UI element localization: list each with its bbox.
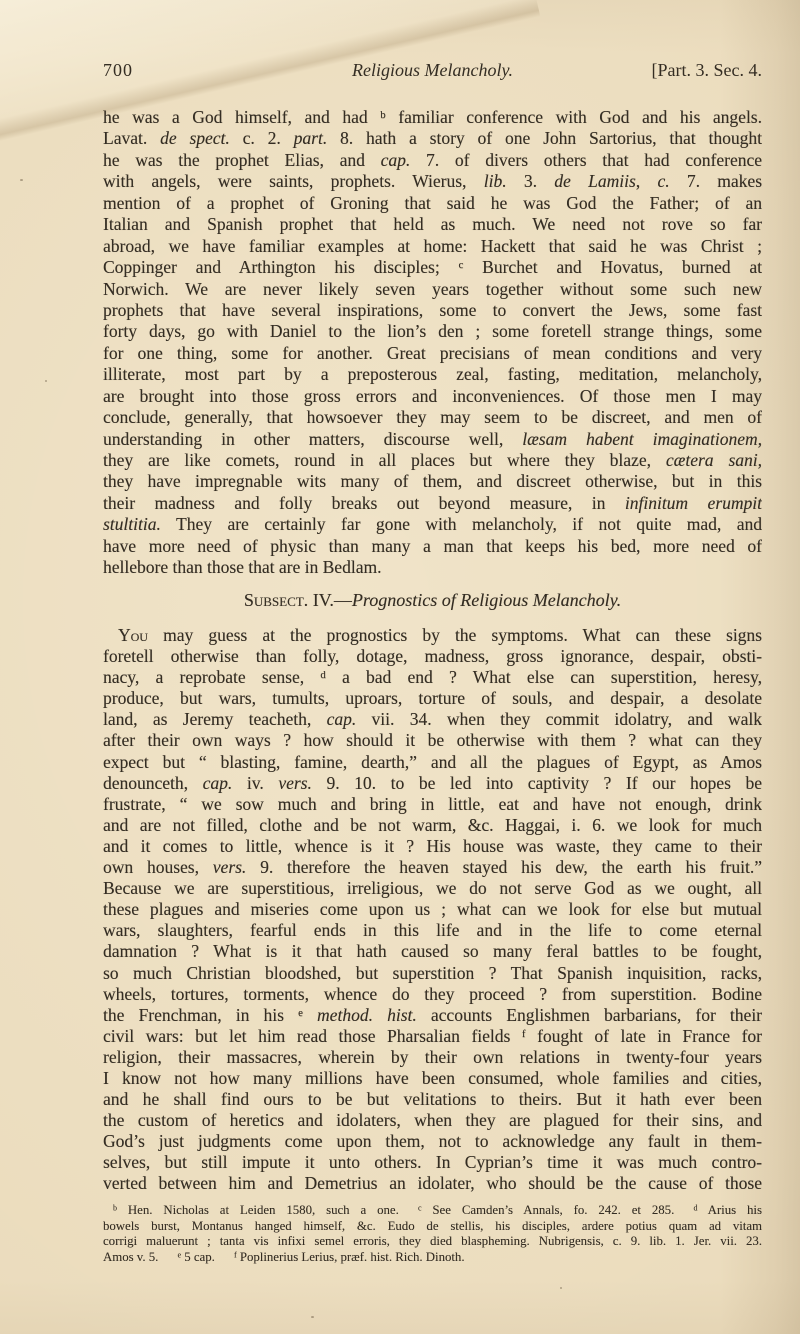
text-line: Coppinger and Arthington his disciples; … bbox=[103, 257, 762, 278]
text-line: wars, slaughters, fearful ends in this l… bbox=[103, 920, 762, 941]
text-segment: c. 2. bbox=[230, 128, 294, 148]
text-line: Norwich. We are never likely seven years… bbox=[103, 279, 762, 300]
text-line: he was a God himself, and had b familiar… bbox=[103, 107, 762, 128]
text-segment: , bbox=[636, 171, 658, 191]
text-segment: may guess at the prognostics by the symp… bbox=[148, 625, 762, 645]
text-segment: Poplinerius Lerius, præf. hist. Rich. Di… bbox=[237, 1250, 465, 1264]
text-segment: 8. hath a story of one John Sartorius, t… bbox=[327, 128, 762, 148]
text-segment: vers. bbox=[213, 857, 247, 877]
text-segment: cap. bbox=[381, 150, 411, 170]
text-segment: own houses, bbox=[103, 857, 213, 877]
text-segment: and he shall find ours to be but velitat… bbox=[103, 1089, 762, 1109]
text-segment: selves, but still impute it unto others.… bbox=[103, 1152, 762, 1172]
text-segment: hellebore than those that are in Bedlam. bbox=[103, 557, 381, 577]
text-line: You may guess at the prognostics by the … bbox=[103, 625, 762, 646]
text-line: are brought into those gross errors and … bbox=[103, 386, 762, 407]
text-segment: are brought into those gross errors and … bbox=[103, 386, 762, 406]
text-segment: iv. bbox=[232, 773, 278, 793]
text-segment: the custom of heretics and idolaters, wh… bbox=[103, 1110, 762, 1130]
text-line: stultitia. They are certainly far gone w… bbox=[103, 514, 762, 535]
text-segment: Norwich. We are never likely seven years… bbox=[103, 279, 762, 299]
text-segment: they are like comets, round in all place… bbox=[103, 450, 666, 470]
text-segment: and it comes to little, whence is it ? H… bbox=[103, 836, 762, 856]
text-segment: so much Christian bloodshed, but superst… bbox=[103, 963, 762, 983]
text-line: expect but “ blasting, famine, dearth,” … bbox=[103, 752, 762, 773]
text-segment: damnation ? What is it that hath caused … bbox=[103, 941, 762, 961]
text-segment: I know not how many millions have been c… bbox=[103, 1068, 762, 1088]
text-segment: have more need of physic than many a man… bbox=[103, 536, 762, 556]
text-line: have more need of physic than many a man… bbox=[103, 536, 762, 557]
running-header: 700 Religious Melancholy. [Part. 3. Sec.… bbox=[103, 60, 762, 84]
text-segment: c. bbox=[657, 171, 669, 191]
paragraph-prognostics: You may guess at the prognostics by the … bbox=[103, 625, 762, 1195]
text-segment: denounceth, bbox=[103, 773, 203, 793]
text-segment: familiar conference with God and his ang… bbox=[386, 107, 762, 127]
text-segment: læsam habent imaginationem, bbox=[522, 429, 762, 449]
text-segment: Subsect. bbox=[244, 590, 308, 610]
text-line: with angels, were saints, prophets. Wier… bbox=[103, 171, 762, 192]
text-line: land, as Jeremy teacheth, cap. vii. 34. … bbox=[103, 709, 762, 730]
text-segment: Arius his bbox=[697, 1203, 762, 1217]
text-segment: their madness and folly breaks out beyon… bbox=[103, 493, 625, 513]
text-segment: produce, but wars, tumults, uproars, tor… bbox=[103, 688, 762, 708]
text-line: abroad, we have familiar examples at hom… bbox=[103, 236, 762, 257]
text-segment: 9. 10. to be led into captivity ? If our… bbox=[312, 773, 762, 793]
text-segment: IV.— bbox=[308, 590, 352, 610]
text-line: hellebore than those that are in Bedlam. bbox=[103, 557, 762, 578]
text-line: Italian and Spanish prophet that held as… bbox=[103, 214, 762, 235]
text-line: and he shall find ours to be but velitat… bbox=[103, 1089, 762, 1110]
text-line: God’s just judgments come upon them, not… bbox=[103, 1131, 762, 1152]
text-segment: de spect. bbox=[160, 128, 230, 148]
text-line: selves, but still impute it unto others.… bbox=[103, 1152, 762, 1173]
text-segment: 7. makes bbox=[670, 171, 762, 191]
text-line: the custom of heretics and idolaters, wh… bbox=[103, 1110, 762, 1131]
text-line: foretell otherwise than folly, dotage, m… bbox=[103, 646, 762, 667]
text-segment bbox=[674, 1203, 693, 1217]
text-segment: 5 cap. bbox=[181, 1250, 215, 1264]
text-segment: prophets that have several inspirations,… bbox=[103, 300, 762, 320]
text-line: mention of a prophet of Groning that sai… bbox=[103, 193, 762, 214]
text-line: I know not how many millions have been c… bbox=[103, 1068, 762, 1089]
text-segment: fought of late in France for bbox=[526, 1026, 762, 1046]
text-segment: foretell otherwise than folly, dotage, m… bbox=[103, 646, 762, 666]
text-segment bbox=[215, 1250, 234, 1264]
text-line: b Hen. Nicholas at Leiden 1580, such a o… bbox=[103, 1203, 762, 1219]
text-segment: cap. bbox=[327, 709, 357, 729]
ink-speck bbox=[20, 179, 23, 181]
text-segment: infinitum erumpit bbox=[625, 493, 762, 513]
text-line: these plagues and miseries come upon us … bbox=[103, 899, 762, 920]
text-line: Lavat. de spect. c. 2. part. 8. hath a s… bbox=[103, 128, 762, 149]
text-segment bbox=[399, 1203, 418, 1217]
text-segment: understanding in other matters, discours… bbox=[103, 429, 522, 449]
running-title: Religious Melancholy. bbox=[352, 60, 513, 81]
text-line: their madness and folly breaks out beyon… bbox=[103, 493, 762, 514]
text-segment: a bad end ? What else can superstition, … bbox=[326, 667, 762, 687]
text-segment: the Frenchman, in his bbox=[103, 1005, 298, 1025]
text-segment: stultitia. bbox=[103, 514, 161, 534]
text-segment: mention of a prophet of Groning that sai… bbox=[103, 193, 762, 213]
text-line: religion, their massacres, wherein by th… bbox=[103, 1047, 762, 1068]
text-line: they are like comets, round in all place… bbox=[103, 450, 762, 471]
text-segment: illiterate, most part by a preposterous … bbox=[103, 364, 762, 384]
text-segment: part. bbox=[294, 128, 328, 148]
text-segment: 9. therefore the heaven stayed his dew, … bbox=[246, 857, 762, 877]
text-line: nacy, a reprobate sense, d a bad end ? W… bbox=[103, 667, 762, 688]
text-line: own houses, vers. 9. therefore the heave… bbox=[103, 857, 762, 878]
text-segment: with angels, were saints, prophets. Wier… bbox=[103, 171, 484, 191]
text-line: the Frenchman, in his e method. hist. ac… bbox=[103, 1005, 762, 1026]
text-segment bbox=[158, 1250, 177, 1264]
text-segment bbox=[303, 1005, 317, 1025]
paragraph-religious-melancholy-causes: he was a God himself, and had b familiar… bbox=[103, 107, 762, 579]
text-segment: wars, slaughters, fearful ends in this l… bbox=[103, 920, 762, 940]
text-segment: vii. 34. when they commit idolatry, and … bbox=[356, 709, 762, 729]
text-line: Because we are superstitious, irreligiou… bbox=[103, 878, 762, 899]
text-line: bowels burst, Montanus hanged himself, &… bbox=[103, 1219, 762, 1235]
text-line: they have impregnable wits many of them,… bbox=[103, 471, 762, 492]
text-segment: nacy, a reprobate sense, bbox=[103, 667, 320, 687]
text-segment: lib. bbox=[484, 171, 507, 191]
text-segment: abroad, we have familiar examples at hom… bbox=[103, 236, 762, 256]
text-segment: and are not filled, clothe and be not wa… bbox=[103, 815, 762, 835]
text-line: Amos v. 5. e 5 cap. f Poplinerius Lerius… bbox=[103, 1250, 762, 1266]
text-line: for one thing, some for another. Great p… bbox=[103, 343, 762, 364]
text-segment: after their own ways ? how should it be … bbox=[103, 730, 762, 750]
text-segment: for one thing, some for another. Great p… bbox=[103, 343, 762, 363]
text-line: civil wars: but let him read those Phars… bbox=[103, 1026, 762, 1047]
text-segment: frustrate, “ we sow much and bring in li… bbox=[103, 794, 762, 814]
text-segment: they have impregnable wits many of them,… bbox=[103, 471, 762, 491]
text-line: produce, but wars, tumults, uproars, tor… bbox=[103, 688, 762, 709]
text-segment: he was the prophet Elias, and bbox=[103, 150, 381, 170]
text-segment: conclude, generally, that howsoever they… bbox=[103, 407, 762, 427]
text-segment: religion, their massacres, wherein by th… bbox=[103, 1047, 762, 1067]
text-segment: forty days, go with Daniel to the lion’s… bbox=[103, 321, 762, 341]
text-segment: Burchet and Hovatus, burned at bbox=[463, 257, 762, 277]
text-segment: corrigi maluerunt ; tanta vis infixi sem… bbox=[103, 1234, 762, 1248]
text-segment: 7. of divers others that had conference bbox=[410, 150, 762, 170]
text-segment: de Lamiis bbox=[554, 171, 635, 191]
text-segment: bowels burst, Montanus hanged himself, &… bbox=[103, 1219, 762, 1233]
text-segment: civil wars: but let him read those Phars… bbox=[103, 1026, 522, 1046]
text-segment: he was a God himself, and had bbox=[103, 107, 380, 127]
ink-speck bbox=[45, 380, 47, 382]
text-line: Subsect. IV.—Prognostics of Religious Me… bbox=[103, 589, 762, 612]
text-segment: wheels, tortures, torments, whence do th… bbox=[103, 984, 762, 1004]
text-segment: cap. bbox=[203, 773, 233, 793]
text-segment: land, as Jeremy teacheth, bbox=[103, 709, 327, 729]
text-line: illiterate, most part by a preposterous … bbox=[103, 364, 762, 385]
text-segment: Italian and Spanish prophet that held as… bbox=[103, 214, 762, 234]
text-segment: Hen. Nicholas at Leiden 1580, such a one… bbox=[117, 1203, 399, 1217]
text-segment: Lavat. bbox=[103, 128, 160, 148]
text-segment: verted between him and Demetrius an idol… bbox=[103, 1173, 762, 1193]
text-line: after their own ways ? how should it be … bbox=[103, 730, 762, 751]
page-number: 700 bbox=[103, 60, 133, 81]
text-line: he was the prophet Elias, and cap. 7. of… bbox=[103, 150, 762, 171]
text-segment: They are certainly far gone with melanch… bbox=[161, 514, 762, 534]
text-segment: vers. bbox=[278, 773, 312, 793]
text-line: understanding in other matters, discours… bbox=[103, 429, 762, 450]
ink-speck bbox=[560, 1287, 562, 1289]
text-segment: Because we are superstitious, irreligiou… bbox=[103, 878, 762, 898]
text-segment: expect but “ blasting, famine, dearth,” … bbox=[103, 752, 762, 772]
book-page: 700 Religious Melancholy. [Part. 3. Sec.… bbox=[0, 0, 800, 1334]
section-reference: [Part. 3. Sec. 4. bbox=[652, 60, 762, 81]
text-line: prophets that have several inspirations,… bbox=[103, 300, 762, 321]
ink-speck bbox=[311, 1316, 314, 1318]
subsection-heading: Subsect. IV.—Prognostics of Religious Me… bbox=[103, 589, 762, 612]
text-line: denounceth, cap. iv. vers. 9. 10. to be … bbox=[103, 773, 762, 794]
text-line: corrigi maluerunt ; tanta vis infixi sem… bbox=[103, 1234, 762, 1250]
footnotes-block: b Hen. Nicholas at Leiden 1580, such a o… bbox=[103, 1203, 762, 1265]
text-line: and it comes to little, whence is it ? H… bbox=[103, 836, 762, 857]
text-segment: Prognostics of Religious Melancholy. bbox=[352, 590, 621, 610]
text-segment: cætera sani, bbox=[666, 450, 762, 470]
text-segment: God’s just judgments come upon them, not… bbox=[103, 1131, 762, 1151]
text-segment: method. hist. bbox=[317, 1005, 417, 1025]
text-line: verted between him and Demetrius an idol… bbox=[103, 1173, 762, 1194]
text-line: wheels, tortures, torments, whence do th… bbox=[103, 984, 762, 1005]
text-line: frustrate, “ we sow much and bring in li… bbox=[103, 794, 762, 815]
text-segment: You bbox=[118, 625, 148, 645]
text-line: and are not filled, clothe and be not wa… bbox=[103, 815, 762, 836]
text-line: so much Christian bloodshed, but superst… bbox=[103, 963, 762, 984]
text-segment: Coppinger and Arthington his disciples; bbox=[103, 257, 459, 277]
text-line: conclude, generally, that howsoever they… bbox=[103, 407, 762, 428]
text-segment: accounts Englishmen barbarians, for thei… bbox=[417, 1005, 762, 1025]
text-segment: 3. bbox=[507, 171, 555, 191]
text-line: damnation ? What is it that hath caused … bbox=[103, 941, 762, 962]
text-line: forty days, go with Daniel to the lion’s… bbox=[103, 321, 762, 342]
text-segment: See Camden’s Annals, fo. 242. et 285. bbox=[422, 1203, 675, 1217]
text-segment: these plagues and miseries come upon us … bbox=[103, 899, 762, 919]
text-segment: Amos v. 5. bbox=[103, 1250, 158, 1264]
